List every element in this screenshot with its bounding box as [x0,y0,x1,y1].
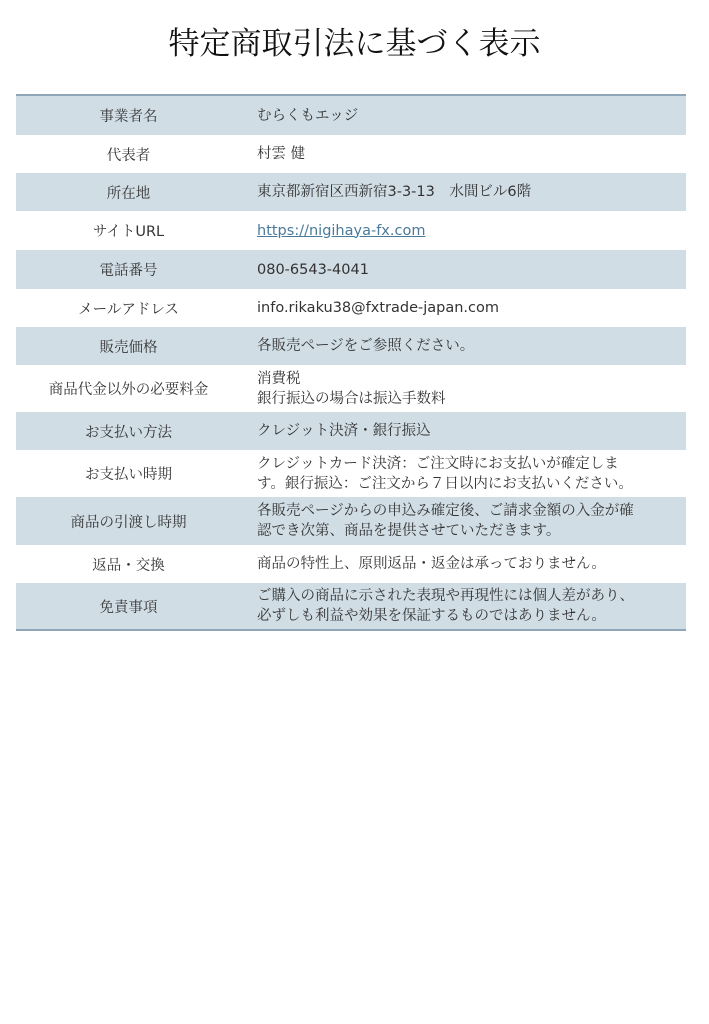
site-url-link[interactable]: https://nigihaya-fx.com [257,223,425,239]
table-row: お支払い方法クレジット決済・銀行振込 [16,412,686,450]
value-line: info.rikaku38@fxtrade-japan.com [257,298,676,318]
row-value: クレジット決済・銀行振込 [241,421,686,441]
row-value: クレジットカード決済：ご注文時にお支払いが確定します。銀行振込：ご注文から７日以… [241,454,686,494]
value-line: むらくもエッジ [257,106,676,126]
row-value: むらくもエッジ [241,106,686,126]
row-label: 販売価格 [16,336,241,357]
row-label: 代表者 [16,144,241,165]
row-label: サイトURL [16,220,241,241]
table-row: 所在地東京都新宿区西新宿3-3-13 水間ビル6階 [16,173,686,211]
value-line: ご購入の商品に示された表現や再現性には個人差があり、 [257,586,676,606]
row-value: ご購入の商品に示された表現や再現性には個人差があり、必ずしも利益や効果を保証する… [241,586,686,626]
table-row: 電話番号080-6543-4041 [16,250,686,289]
table-row: サイトURLhttps://nigihaya-fx.com [16,211,686,250]
table-row: 商品の引渡し時期各販売ページからの申込み確定後、ご請求金額の入金が確認でき次第、… [16,497,686,545]
value-line: 銀行振込の場合は振込手数料 [257,389,676,409]
row-label: お支払い時期 [16,463,241,484]
row-label: 所在地 [16,182,241,203]
value-line: 必ずしも利益や効果を保証するものではありません。 [257,606,676,626]
legal-info-table: 事業者名むらくもエッジ代表者村雲 健所在地東京都新宿区西新宿3-3-13 水間ビ… [16,94,686,631]
value-line: 消費税 [257,369,676,389]
value-line: 東京都新宿区西新宿3-3-13 水間ビル6階 [257,182,676,202]
table-row: 事業者名むらくもエッジ [16,96,686,135]
row-label: メールアドレス [16,298,241,319]
table-row: 免責事項ご購入の商品に示された表現や再現性には個人差があり、必ずしも利益や効果を… [16,583,686,629]
table-row: 販売価格各販売ページをご参照ください。 [16,327,686,365]
row-value: 消費税銀行振込の場合は振込手数料 [241,369,686,409]
row-value: info.rikaku38@fxtrade-japan.com [241,298,686,318]
row-value: 商品の特性上、原則返品・返金は承っておりません。 [241,554,686,574]
row-value: 各販売ページからの申込み確定後、ご請求金額の入金が確認でき次第、商品を提供させて… [241,501,686,541]
row-label: 商品代金以外の必要料金 [16,378,241,399]
value-line: 各販売ページをご参照ください。 [257,336,676,356]
row-value: https://nigihaya-fx.com [241,221,686,241]
value-line: 村雲 健 [257,144,676,164]
value-line: クレジット決済・銀行振込 [257,421,676,441]
row-value: 各販売ページをご参照ください。 [241,336,686,356]
value-line: 080-6543-4041 [257,260,676,280]
row-value: 東京都新宿区西新宿3-3-13 水間ビル6階 [241,182,686,202]
value-line: クレジットカード決済：ご注文時にお支払いが確定しま [257,454,676,474]
row-label: お支払い方法 [16,421,241,442]
value-line: 各販売ページからの申込み確定後、ご請求金額の入金が確 [257,501,676,521]
table-row: 代表者村雲 健 [16,135,686,173]
table-row: 商品代金以外の必要料金消費税銀行振込の場合は振込手数料 [16,365,686,412]
row-label: 電話番号 [16,259,241,280]
value-line: す。銀行振込：ご注文から７日以内にお支払いください。 [257,474,676,494]
row-label: 返品・交換 [16,554,241,575]
row-label: 商品の引渡し時期 [16,511,241,532]
row-label: 事業者名 [16,105,241,126]
page-title: 特定商取引法に基づく表示 [0,18,709,63]
value-line: 商品の特性上、原則返品・返金は承っておりません。 [257,554,676,574]
row-label: 免責事項 [16,596,241,617]
row-value: 080-6543-4041 [241,260,686,280]
value-line: 認でき次第、商品を提供させていただきます。 [257,521,676,541]
table-row: お支払い時期クレジットカード決済：ご注文時にお支払いが確定します。銀行振込：ご注… [16,450,686,497]
row-value: 村雲 健 [241,144,686,164]
table-row: 返品・交換商品の特性上、原則返品・返金は承っておりません。 [16,545,686,583]
table-row: メールアドレスinfo.rikaku38@fxtrade-japan.com [16,289,686,327]
